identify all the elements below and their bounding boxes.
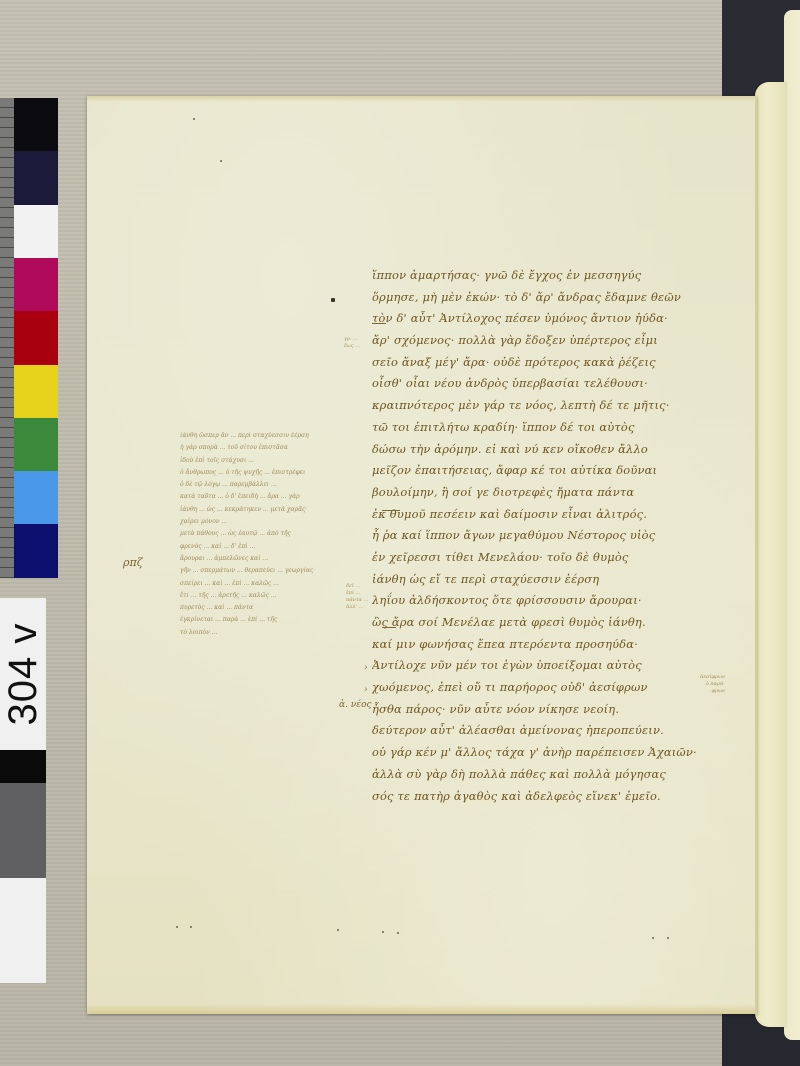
color-patch-dark-blue bbox=[14, 524, 58, 578]
text-line: ληΐου ἀλδήσκοντος ὅτε φρίσσουσιν ἄρουραι… bbox=[372, 590, 717, 612]
text-line: οὐ γάρ κέν μ' ἄλλος τάχα γ' ἀνὴρ παρέπει… bbox=[372, 742, 717, 764]
color-patch-white bbox=[14, 205, 58, 259]
scholia-line: ἐγκρίνεται ... παρὰ ... ἐπὶ ... τῆς bbox=[180, 614, 345, 626]
text-line: κραιπνότερος μὲν γάρ τε νόος, λεπτὴ δέ τ… bbox=[372, 395, 717, 417]
color-patch-green bbox=[14, 418, 58, 472]
pricking-hole bbox=[667, 937, 669, 939]
adjacent-page-edge bbox=[755, 82, 787, 1027]
ink-dot bbox=[331, 298, 335, 302]
scholia-line: ἰάνθη ὥσπερ ἂν ... περὶ σταχύεσσιν ἐέρση bbox=[180, 430, 345, 442]
scholia-line: πυρετὸς ... καὶ ... πάντα bbox=[180, 602, 345, 614]
text-line: ἦ ῥα καί ἵππον ἄγων μεγαθύμου Νέστορος υ… bbox=[372, 525, 717, 547]
gloss-line: ἐπὶ ... bbox=[346, 590, 368, 597]
color-patch-light-blue bbox=[14, 471, 58, 525]
scholia-line: κατὰ ταῦτα ... ὁ δ' ἐπειδὴ ... ἄρα ... γ… bbox=[180, 491, 345, 503]
scholia-line: ἡ γὰρ σπορὰ ... τοῦ σίτου ἐπιστᾶσα bbox=[180, 442, 345, 454]
scholia-line: μετὰ πάθους ... ὡς ἑαυτῷ ... ἀπὸ τῆς bbox=[180, 528, 345, 540]
text-line: Ἀντίλοχε νῦν μέν τοι ἐγὼν ὑποείξομαι αὐτ… bbox=[372, 655, 717, 677]
scholia-line: τὸ λοιπὸν ... bbox=[180, 627, 345, 639]
folio-bottom-edge bbox=[87, 1004, 755, 1014]
grey-patch-light bbox=[0, 878, 46, 983]
marginal-stroke bbox=[372, 323, 386, 324]
text-line: ὅρμησε, μὴ μὲν ἐκών· τὸ δ' ἄρ' ἄνδρας ἔδ… bbox=[372, 287, 717, 309]
gloss-mid-left: δεῖ ... ἐπὶ ... πάντα ... ἀλλ' ... bbox=[346, 583, 368, 611]
gloss-right: ἀεσίφρων ὁ παρά- φρων bbox=[700, 674, 725, 695]
text-line: σός τε πατὴρ ἀγαθὸς καὶ ἀδελφεὸς εἵνεκ' … bbox=[372, 786, 717, 808]
scholia-line: ὁ ἄνθρωπος ... ὁ τῆς ψυχῆς ... ἐπιστρέφε… bbox=[180, 467, 345, 479]
gloss-line: ἕως ... bbox=[344, 343, 360, 350]
color-patch-red bbox=[14, 311, 58, 365]
text-line: ἀλλὰ σὺ γὰρ δὴ πολλὰ πάθες καὶ πολλὰ μόγ… bbox=[372, 764, 717, 786]
folio-label: 304 v bbox=[3, 599, 43, 749]
text-line: ἰάνθη ὡς εἴ τε περὶ σταχύεσσιν ἐέρση bbox=[372, 569, 717, 591]
color-patch-magenta bbox=[14, 258, 58, 312]
text-line: δώσω τὴν ἀρόμην. εἰ καὶ νύ κεν οἴκοθεν ἄ… bbox=[372, 439, 717, 461]
marginal-stroke bbox=[382, 510, 400, 511]
line-marker-arrow: › bbox=[364, 663, 368, 673]
scholia-block: ἰάνθη ὥσπερ ἂν ... περὶ σταχύεσσιν ἐέρση… bbox=[180, 430, 345, 639]
text-line: σεῖο ἄναξ μέγ' ἄρα· οὐδὲ πρότερος κακὰ ῥ… bbox=[372, 352, 717, 374]
scholia-line: ἔτι ... τῆς ... ἀρετῆς ... καλῶς ... bbox=[180, 590, 345, 602]
text-line: δεύτερον αὖτ' ἀλέασθαι ἀμείνονας ἠπεροπε… bbox=[372, 720, 717, 742]
text-line: μεῖζον ἐπαιτήσειας, ἄφαρ κέ τοι αὐτίκα δ… bbox=[372, 460, 717, 482]
text-line: χωόμενος, ἐπεὶ οὔ τι παρήορος οὐδ' ἀεσίφ… bbox=[372, 677, 717, 699]
scholia-line: ἄρουραι ... ἀμπελῶνες καὶ ... bbox=[180, 553, 345, 565]
grey-patch-black bbox=[0, 750, 46, 783]
gloss-line: φρων bbox=[700, 688, 725, 695]
gloss-line: γρ. ... bbox=[344, 336, 360, 343]
scholia-line: ἰάνθη ... ὡς ... κεκράτηκεν ... μετὰ χαρ… bbox=[180, 504, 345, 516]
scholia-line: γῆν ... σπερμάτων ... θεραπεύει ... γεωρ… bbox=[180, 565, 345, 577]
text-line: βουλοίμην, ἢ σοί γε διοτρεφὲς ἤματα πάντ… bbox=[372, 482, 717, 504]
scholia-line: σπείρει ... καὶ ... ἐπὶ ... καλῶς ... bbox=[180, 578, 345, 590]
pricking-hole bbox=[337, 929, 339, 931]
pricking-hole bbox=[176, 926, 178, 928]
pricking-hole bbox=[397, 932, 399, 934]
text-line: οἶσθ' οἷαι νέου ἀνδρὸς ὑπερβασίαι τελέθο… bbox=[372, 373, 717, 395]
pricking-hole bbox=[220, 160, 222, 162]
text-line: καί μιν φωνήσας ἔπεα πτερόεντα προσηύδα· bbox=[372, 634, 717, 656]
gloss-upper-left: γρ. ... ἕως ... bbox=[344, 336, 360, 350]
main-text-block: ἵππον ἀμαρτήσας· γνῶ δὲ ἔγχος ἐν μεσσηγύ… bbox=[372, 265, 717, 807]
folio-top-edge bbox=[87, 96, 755, 102]
quire-signature: ρπζ bbox=[123, 556, 143, 569]
pricking-hole bbox=[190, 926, 192, 928]
gloss-line: ἀεσίφρων bbox=[700, 674, 725, 681]
marginal-stroke bbox=[382, 627, 396, 628]
gloss-line: δεῖ ... bbox=[346, 583, 368, 590]
pricking-hole bbox=[652, 937, 654, 939]
scholia-line: ὁ δὲ τῷ λόγῳ ... παρεμβάλλει ... bbox=[180, 479, 345, 491]
text-line: τῶ τοι ἐπιτλήτω κραδίη· ἵππον δέ τοι αὐτ… bbox=[372, 417, 717, 439]
scholia-line: ἰδοὺ ἐπὶ τοῖς στάχυσι ... bbox=[180, 455, 345, 467]
text-line: ἐκ θυμοῦ πεσέειν καὶ δαίμοσιν εἶναι ἀλιτ… bbox=[372, 504, 717, 526]
pricking-hole bbox=[382, 931, 384, 933]
gloss-line: ὁ παρά- bbox=[700, 681, 725, 688]
line-marker-arrow: › bbox=[364, 685, 368, 695]
text-line: ἦσθα πάρος· νῦν αὖτε νόον νίκησε νεοίη. bbox=[372, 699, 717, 721]
scholia-line: φρενὸς ... καὶ ... δ' ἐπὶ ... bbox=[180, 541, 345, 553]
text-line: ἵππον ἀμαρτήσας· γνῶ δὲ ἔγχος ἐν μεσσηγύ… bbox=[372, 265, 717, 287]
color-patch-dark-navy bbox=[14, 151, 58, 205]
grey-patch-mid-grey bbox=[0, 783, 46, 878]
gloss-line: ἀλλ' ... bbox=[346, 604, 368, 611]
scholia-line: χαίρει μόνον ... bbox=[180, 516, 345, 528]
gloss-line: πάντα ... bbox=[346, 597, 368, 604]
text-line: ἄρ' σχόμενος· πολλὰ γὰρ ἔδοξεν ὑπέρτερος… bbox=[372, 330, 717, 352]
pricking-hole bbox=[193, 118, 195, 120]
text-line: ὣς ἄρα σοί Μενέλαε μετὰ φρεσὶ θυμὸς ἰάνθ… bbox=[372, 612, 717, 634]
color-patch-black bbox=[14, 98, 58, 152]
line-marker-gloss: ἀ. νέος bbox=[339, 700, 372, 710]
color-patch-yellow bbox=[14, 365, 58, 419]
text-line: τὸν δ' αὖτ' Ἀντίλοχος πέσεν ὑμόνος ἄντιο… bbox=[372, 308, 717, 330]
text-line: ἐν χεῖρεσσι τίθει Μενελάου· τοῖο δὲ θυμὸ… bbox=[372, 547, 717, 569]
